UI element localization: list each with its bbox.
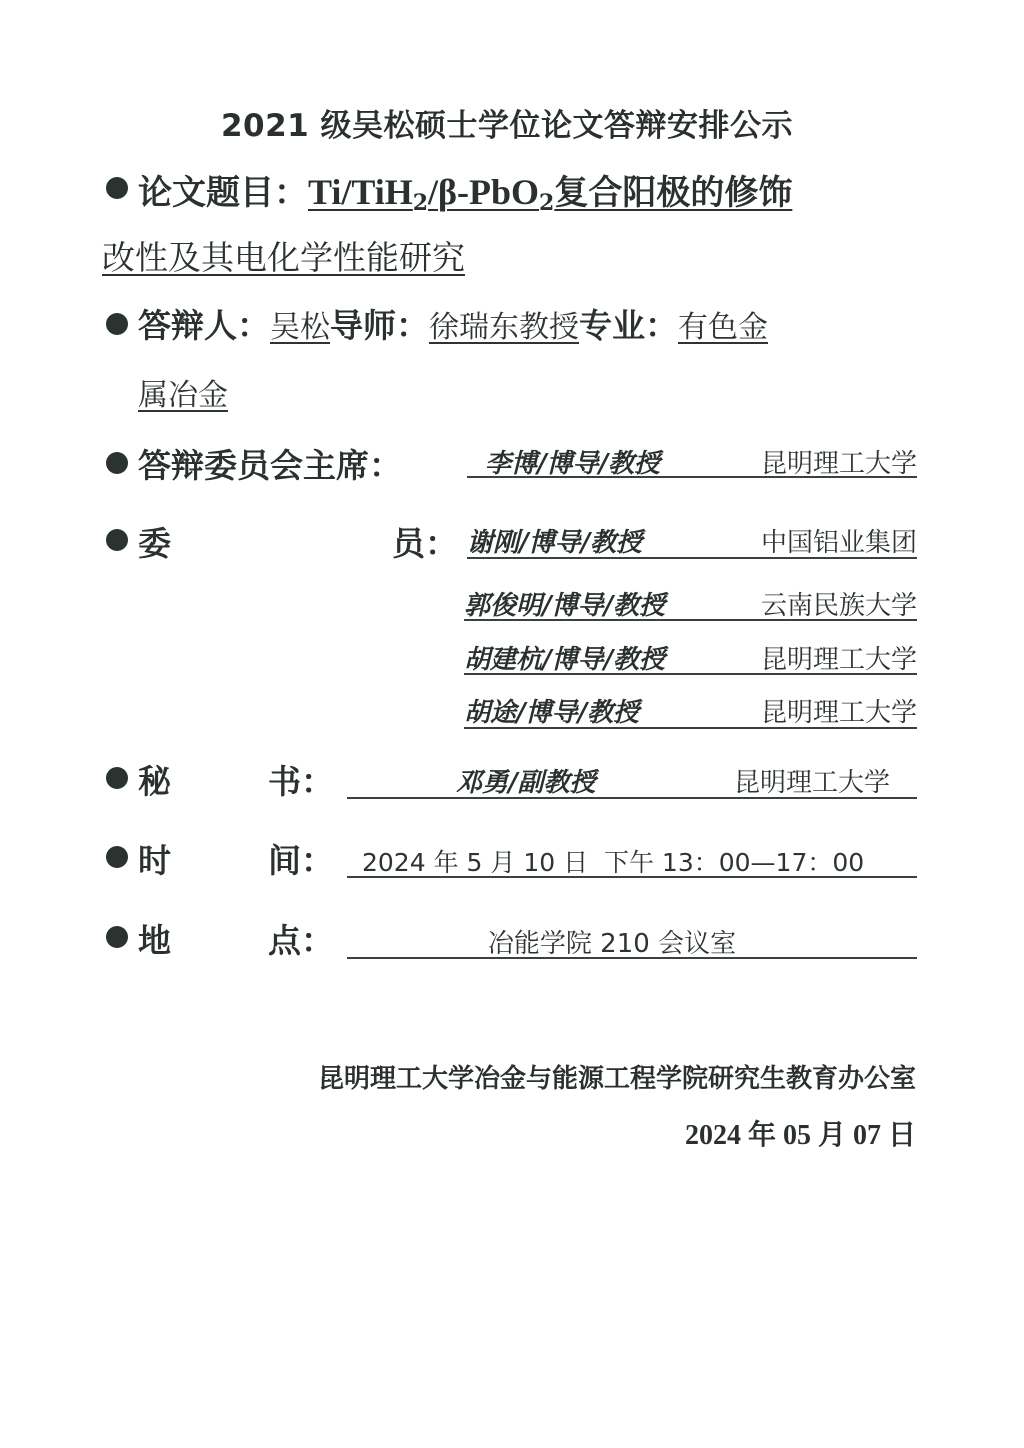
chair-person: 李博/博导/教授 [485,443,660,480]
bullet-icon [106,452,128,474]
underline [347,797,917,799]
thesis-title-line2: 改性及其电化学性能研究 [102,232,465,279]
thesis-title-rest: 复合阳极的修饰 [554,173,792,213]
thesis-title-line1: 论文题目：Ti/TiH2/β-PbO2复合阳极的修饰 [138,165,792,216]
member-org: 云南民族大学 [761,585,917,622]
defender-name: 吴松 [270,310,330,345]
member-entry: 胡建杭/博导/教授 昆明理工大学 [464,639,917,676]
underline [464,619,917,621]
underline [464,673,917,675]
advisor-label: 导师： [330,306,429,345]
issuing-office: 昆明理工大学冶金与能源工程学院研究生教育办公室 [318,1058,916,1095]
bullet-icon [106,846,128,868]
bullet-icon [106,313,128,335]
secretary-label-left: 秘 [138,756,171,803]
chair-entry: 李博/博导/教授 昆明理工大学 [467,443,917,480]
member-entry: 谢刚/博导/教授 中国铝业集团 [467,522,917,559]
issue-date: 2024 年 05 月 07 日 [685,1113,916,1153]
underline [464,727,917,729]
chair-label: 答辩委员会主席： [138,440,402,487]
underline [467,476,917,478]
secretary-person: 邓勇/副教授 [456,762,596,799]
member-entry: 郭俊明/博导/教授 云南民族大学 [464,585,917,622]
bullet-icon [106,926,128,948]
underline [347,957,917,959]
page-title: 2021 级吴松硕士学位论文答辩安排公示 [0,100,1014,145]
place-label-left: 地 [138,915,171,962]
underline [347,876,917,878]
major-label: 专业： [579,306,678,345]
major-part1: 有色金 [678,310,768,345]
bullet-icon [106,767,128,789]
place-label-right: 点： [268,915,334,962]
formula-subscript: 2 [413,190,428,216]
bullet-icon [106,177,128,199]
member-org: 昆明理工大学 [761,692,917,729]
members-label-left: 委 [138,518,171,565]
time-value: 2024 年 5 月 10 日 下午 13：00—17：00 [362,843,864,879]
advisor-name: 徐瑞东教授 [429,310,579,345]
time-label-left: 时 [138,835,171,882]
place-value: 冶能学院 210 会议室 [347,923,917,960]
defender-line: 答辩人：吴松导师：徐瑞东教授专业：有色金 [138,300,768,347]
underline [467,557,917,559]
major-part2: 属冶金 [138,370,228,414]
formula-subscript: 2 [539,190,554,216]
members-label-right: 员： [392,518,458,565]
time-label-right: 间： [268,835,334,882]
member-org: 中国铝业集团 [761,522,917,559]
member-person: 郭俊明/博导/教授 [464,585,665,622]
member-org: 昆明理工大学 [761,639,917,676]
defender-label: 答辩人： [138,306,270,345]
chair-org: 昆明理工大学 [761,443,917,480]
member-person: 胡途/博导/教授 [464,692,639,729]
bullet-icon [106,529,128,551]
member-person: 胡建杭/博导/教授 [464,639,665,676]
secretary-org: 昆明理工大学 [734,762,890,799]
formula-part: Ti/TiH [308,172,413,212]
secretary-label-right: 书： [268,756,334,803]
thesis-label: 论文题目： [138,173,308,213]
formula-part: /β-PbO [428,172,539,212]
member-entry: 胡途/博导/教授 昆明理工大学 [464,692,917,729]
thesis-title-text: Ti/TiH2/β-PbO2复合阳极的修饰 [308,173,792,213]
member-person: 谢刚/博导/教授 [467,522,642,559]
